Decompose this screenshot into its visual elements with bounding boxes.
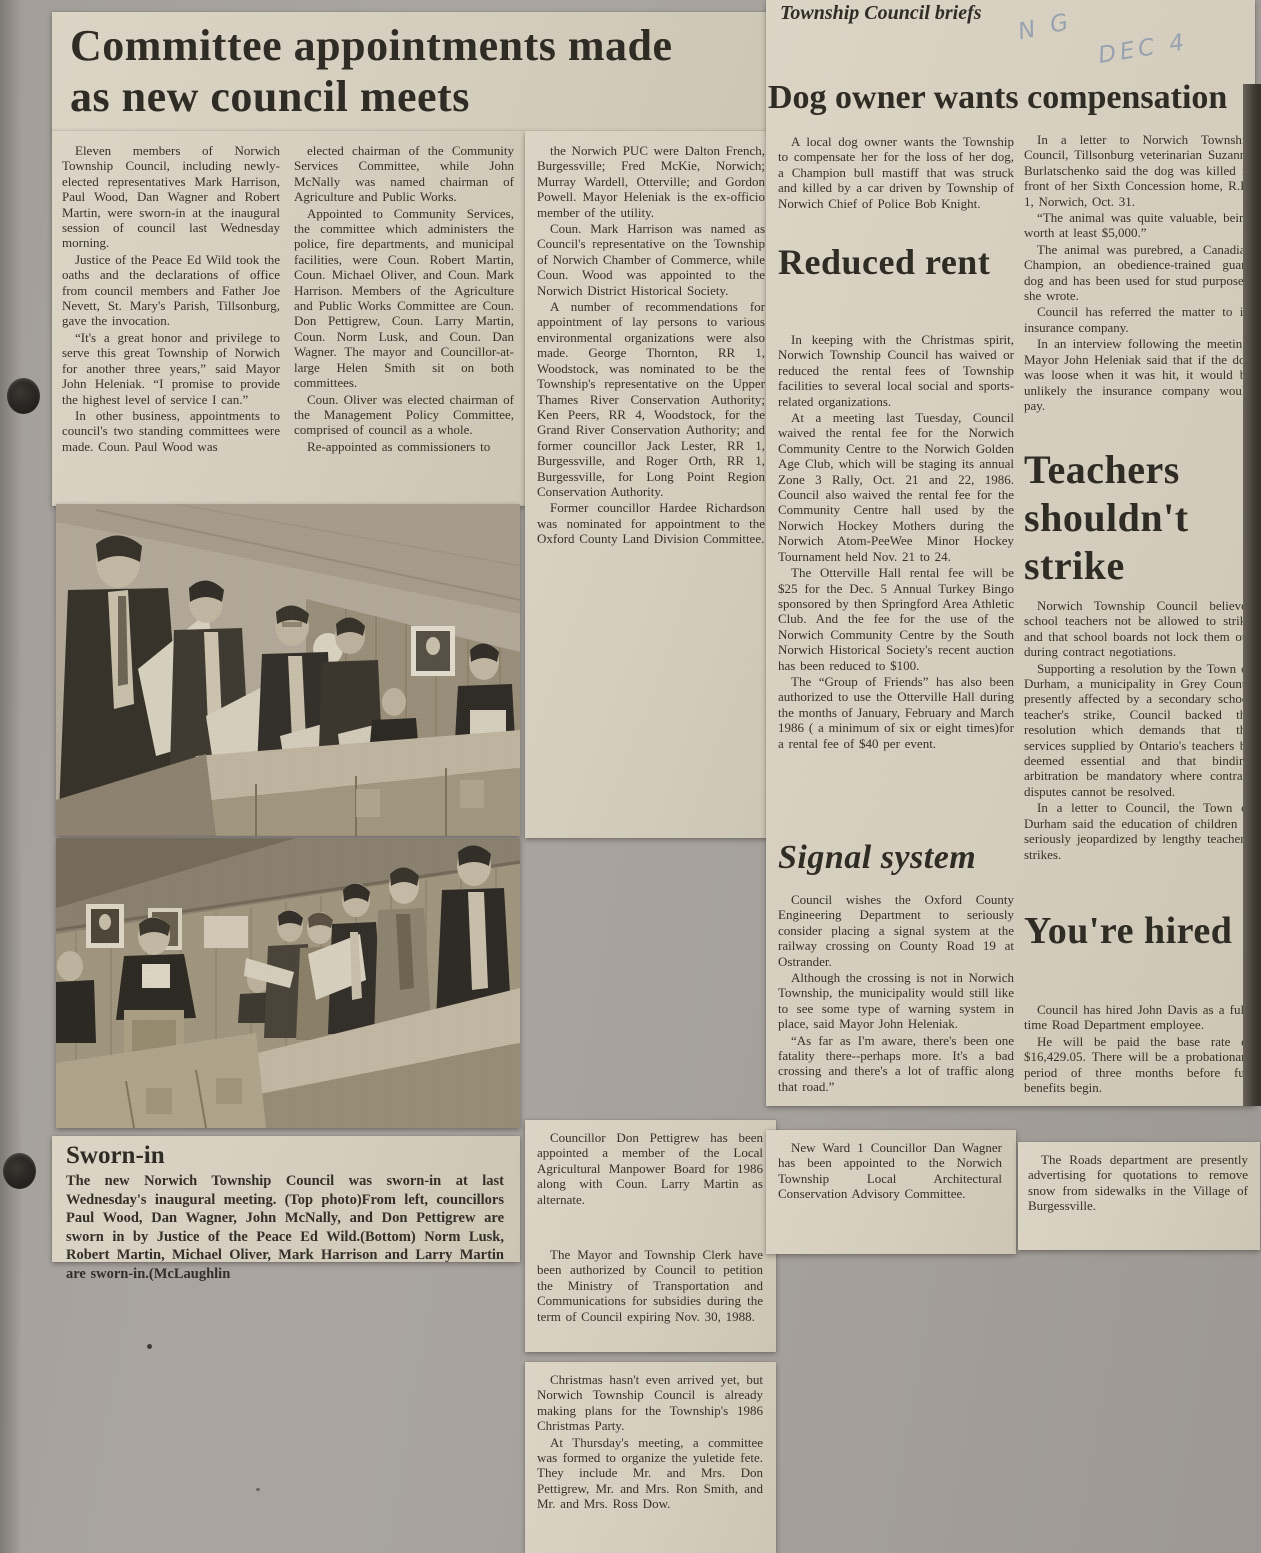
paragraph: elected chairman of the Community Servic… [294,143,514,205]
paragraph: Former councillor Hardee Richardson was … [537,500,765,546]
main-article-column-3-clipping: the Norwich PUC were Dalton French, Burg… [525,131,778,838]
ink-speck [256,1488,260,1491]
paragraph: “As far as I'm aware, there's been one f… [778,1033,1014,1095]
photo-caption-clipping: Sworn-in The new Norwich Township Counci… [52,1136,520,1262]
briefs-kicker: Township Council briefs [780,2,982,25]
photo-top-swearing-in [56,504,520,836]
paragraph: Eleven members of Norwich Township Counc… [62,143,280,251]
mayor-clerk-brief: The Mayor and Township Clerk have been a… [537,1247,763,1324]
dog-intro-paragraph: A local dog owner wants the Township to … [778,134,1014,212]
paragraph: Council has referred the matter to its i… [1024,304,1252,335]
paragraph: The “Group of Friends” has also been aut… [778,674,1014,751]
paragraph: Council wishes the Oxford County Enginee… [778,892,1014,969]
main-article-headline: Committee appointments made as new counc… [70,20,710,122]
paragraph: He will be paid the base rate of $16,429… [1024,1034,1252,1096]
article-column-1: Eleven members of Norwich Township Counc… [62,143,280,455]
photo-bottom-illustration [56,838,520,1128]
paragraph: Supporting a resolution by the Town of D… [1024,661,1252,800]
main-article-columns-clipping: Eleven members of Norwich Township Counc… [52,131,525,506]
youre-hired-paragraphs: Council has hired John Davis as a full-t… [1024,1002,1252,1096]
paragraph: Norwich Township Council believes school… [1024,598,1252,660]
signal-system-paragraphs: Council wishes the Oxford County Enginee… [778,892,1014,1095]
page-edge-shadow [0,0,22,1553]
roads-brief: The Roads department are presently adver… [1028,1152,1248,1214]
roads-brief-clipping: The Roads department are presently adver… [1018,1142,1260,1250]
article-column-2: elected chairman of the Community Servic… [294,143,514,455]
pettigrew-brief: Councillor Don Pettigrew has been appoin… [537,1130,763,1207]
paragraph: “The animal was quite valuable, being wo… [1024,210,1252,241]
paragraph: Coun. Oliver was elected chairman of the… [294,392,514,438]
reduced-rent-paragraphs: In keeping with the Christmas spirit, No… [778,332,1014,752]
paragraph: A number of recommendations for appointm… [537,299,765,499]
paragraph: The animal was purebred, a Canadian Cham… [1024,242,1252,304]
paragraph: Coun. Mark Harrison was named as Council… [537,221,765,298]
youre-hired-heading: You're hired [1024,912,1232,952]
framed-portrait [411,626,455,676]
paragraph: At a meeting last Tuesday, Council waive… [778,410,1014,564]
teachers-strike-paragraphs: Norwich Township Council believes school… [1024,598,1252,863]
article-column-3: the Norwich PUC were Dalton French, Burg… [537,143,765,548]
council-briefs-clipping: Township Council briefs N G DEC 4 Dog ow… [766,0,1255,1106]
handwritten-initials: N G [1016,9,1075,46]
caption-text: The new Norwich Township Council was swo… [66,1172,504,1283]
paragraph: the Norwich PUC were Dalton French, Burg… [537,143,765,220]
photo-top-illustration [56,504,520,836]
dog-article-headline: Dog owner wants compensation [768,80,1254,116]
paragraph: “It's a great honor and privilege to ser… [62,330,280,407]
teachers-strike-heading: Teachers shouldn't strike [1024,446,1234,590]
paragraph: The Otterville Hall rental fee will be $… [778,565,1014,673]
paragraph: In an interview following the meeting, M… [1024,336,1252,413]
wall-board [204,916,248,948]
paragraph: In other business, appointments to counc… [62,408,280,454]
paragraph: Appointed to Community Services, the com… [294,206,514,391]
christmas-brief: Christmas hasn't even arrived yet, but N… [537,1372,763,1434]
photo-bottom-swearing-in [56,838,520,1128]
paragraph: A local dog owner wants the Township to … [778,134,1014,211]
paragraph: In a letter to Norwich Township Council,… [1024,132,1252,209]
ward1-brief: New Ward 1 Councillor Dan Wagner has bee… [778,1140,1002,1202]
paragraph: Justice of the Peace Ed Wild took the oa… [62,252,280,329]
paragraph: In keeping with the Christmas spirit, No… [778,332,1014,409]
christmas-brief: At Thursday's meeting, a committee was f… [537,1435,763,1512]
framed-portrait [86,904,124,948]
paragraph: Although the crossing is not in Norwich … [778,970,1014,1032]
vet-letter-paragraphs: In a letter to Norwich Township Council,… [1024,132,1252,414]
handwritten-date: DEC 4 [1097,29,1190,69]
signal-system-heading: Signal system [778,840,976,876]
binder-hole-bottom [3,1153,36,1189]
binder-hole-top [7,378,40,414]
christmas-brief-clipping: Christmas hasn't even arrived yet, but N… [525,1362,776,1553]
ward1-brief-clipping: New Ward 1 Councillor Dan Wagner has bee… [766,1130,1016,1254]
reduced-rent-heading: Reduced rent [778,244,990,282]
caption-title: Sworn-in [66,1142,504,1170]
ink-speck [147,1344,152,1349]
pettigrew-brief-clipping: Councillor Don Pettigrew has been appoin… [525,1120,776,1352]
paragraph: Council has hired John Davis as a full-t… [1024,1002,1252,1033]
clipping-dark-edge [1243,84,1261,1106]
paragraph: Re-appointed as commissioners to [294,439,514,454]
paragraph: In a letter to Council, the Town of Durh… [1024,800,1252,862]
scrapbook-page: { "colors": { "page_background": "#a7a29… [0,0,1261,1553]
main-article-headline-clipping: Committee appointments made as new counc… [52,12,778,132]
